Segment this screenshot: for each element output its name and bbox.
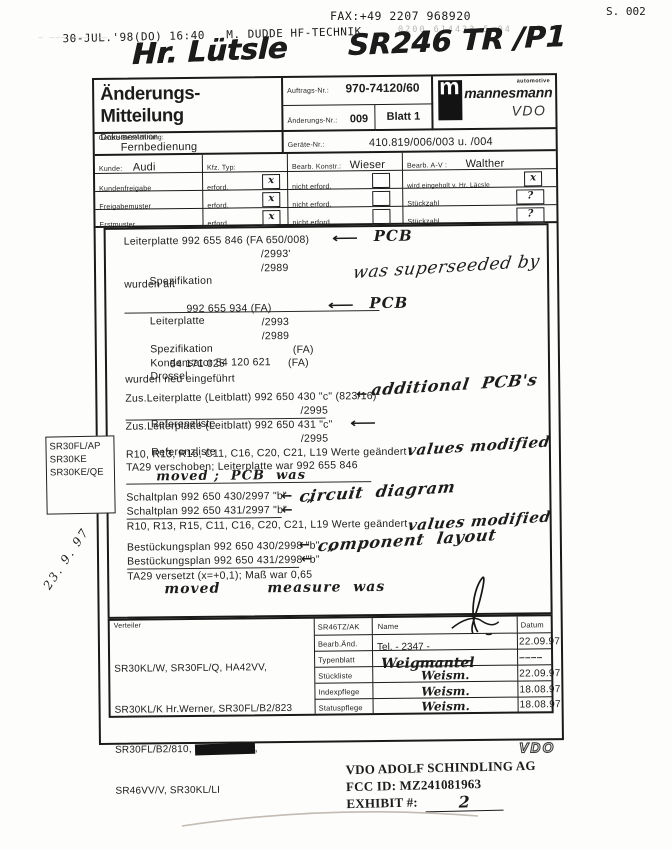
body-line: Schaltplan 992 650 430/2997 "b" [126,490,287,504]
logo-cell: m automotive mannesmann VDO [433,75,556,130]
verteiler-cell: Verteiler SR30KL/W, SR30FL/Q, HA42VV, SR… [110,619,316,716]
signoff-row-name: –––––– [373,650,518,668]
body-line: Bestückungsplan 992 650 430/2998 "b" [127,540,320,554]
body-line: wurden alt [124,278,175,291]
signoff-row-date: –––– [518,649,551,665]
body-line: R10, R13, R15, C11, C16, C20, C21, L19 W… [127,518,414,533]
signoff-col1-header: SR46TZ/AK [315,618,373,636]
nicht-erford-checkbox [372,209,390,224]
verteiler-line: SR30FL/B2/810, , [115,742,311,758]
signoff-row-date: 22.09.97 [518,665,551,681]
approval-right-cell: wird eingeholt v. Hr. Läcsle x [403,169,556,189]
scanned-fax-document: 30-JUL.'98(DO) 16:40 M. DUDDE HF-TECHNIK… [0,0,672,850]
signoff-row-label: Indexpflege [315,683,373,700]
body-line: Schaltplan 992 650 431/2997 "b" [126,504,281,520]
approval-right-cell: Stückzahl ? [403,187,556,207]
auftrags-nr-label: Auftrags-Nr.: [287,88,329,95]
geraete-bezeichnung-value: Fernbedienung [121,140,278,154]
aenderungs-nr-cell: Änderungs-Nr.: 009 [283,105,375,132]
body-line: Zus.Leiterplatte (Leitblatt) 992 650 431… [126,418,333,432]
geraete-nr-value: 410.819/006/003 u. /004 [369,136,493,149]
signoff-col2-header: Name [373,617,518,636]
logo-sub-brand: VDO [511,102,546,118]
approval-row-label: Kundenfreigabe [95,173,203,192]
approval-right-cell: Stückzahl ? [403,205,556,225]
erford-checkbox: x [262,174,280,189]
bearb-av-label: Bearb. A-V : [407,162,447,169]
body-line: Zus.Leiterplatte (Leitblatt) 992 650 430… [125,390,376,405]
geraete-bezeichnung-cell: Geräte-Bezeichnung: Fernbedienung [95,132,284,156]
approval-opt1-cell: erford. x [203,208,288,227]
signoff-row-sig: Weism. [374,698,519,714]
bearb-konstr-label: Bearb. Konstr.: [292,163,341,171]
nicht-erford-checkbox [372,191,390,206]
approval-row-label: Freigabemuster [95,191,203,210]
kfz-typ-cell: Kfz. Typ: [203,154,288,173]
handwritten-ditto: ” [327,546,336,561]
bearb-konstr-value: Wieser [350,159,386,171]
signoff-row-date: 18.08.97 [518,681,551,697]
signoff-row-label: Bearb.Änd. [315,635,373,652]
handwritten-arrow: ← [281,503,292,518]
aenderungs-nr-value: 009 [350,113,368,125]
form-title-cell: Änderungs-Mitteilung Dokumentation [94,78,284,134]
verteiler-header: Verteiler [114,621,310,630]
signoff-row-date: 18.08.97 [519,697,552,711]
vdo-outline-mark: VDO [519,739,556,755]
signoff-row-date: 22.09.97 [518,633,551,649]
verteiler-line: SR46VV/V, SR30KL/LI [115,782,311,798]
change-description-box: Leiterplatte 992 655 846 (FA 650/008) /2… [104,223,553,619]
handwritten-values-modified: values modified [406,433,551,460]
signoff-row-sig: Weism. [373,682,518,700]
body-line: Bestückungsplan 992 650 431/2998 "b" [127,554,299,570]
nicht-erford-checkbox [372,173,390,188]
handwritten-arrow: ⟵ [328,298,354,313]
handwritten-arrow: ⟵ [332,231,358,246]
geraete-nr-label: Geräte-Nr.: [288,142,325,149]
bearb-av-cell: Bearb. A-V : Walther [403,151,556,171]
scan-noise: – ––– ·–– –– [38,33,108,42]
side-ref-line: SR30KE [50,452,111,466]
approval-opt1-cell: erford. x [203,172,288,191]
kunde-cell: Kunde: Audi [95,155,203,174]
handwritten-pcb: PCB [369,294,408,312]
handwritten-pcb: PCB [374,227,413,245]
logo-mark-letter: m [439,80,460,100]
form-title: Änderungs-Mitteilung [100,81,275,127]
change-notice-form: Änderungs-Mitteilung Dokumentation Auftr… [92,73,564,745]
side-reference-box: SR30FL/AP SR30KE SR30KE/QE [45,435,115,514]
scan-crease-line [180,802,480,834]
auftrags-nr-cell: Auftrags-Nr.: 970-74120/60 [283,76,433,106]
body-line: Leiterplatte 992 655 846 (FA 650/008) [124,234,310,248]
handwritten-arrow: ← [281,489,292,504]
mannesmann-logo-icon: m [438,80,462,120]
handwritten-arrow: ← [301,552,312,567]
stueckzahl-box: ? [516,189,544,204]
body-line: /2993' [261,248,291,260]
fax-page-number: S. 002 [606,5,646,18]
stueckzahl-box: ? [516,207,544,222]
bearb-konstr-cell: Bearb. Konstr.: Wieser [288,153,403,172]
kunde-label: Kunde: [99,166,122,173]
approval-opt1-cell: erford. x [203,190,288,209]
handwritten-superseded: was superseeded by [352,251,542,283]
auftrags-nr-value: 970-74120/60 [345,81,419,96]
body-line: /2993 [262,316,290,328]
erford-checkbox: x [262,210,280,225]
approval-row-label: Erstmuster [95,209,203,228]
handwritten-arrow: ← [299,538,310,553]
handwritten-ditto: ” [306,498,315,513]
geraete-nr-cell: Geräte-Nr.: 410.819/006/003 u. /004 [284,129,556,154]
signoff-row-name: Tel. - 2347 - Weigmantel [373,634,518,652]
signoff-row-label: Typenblatt [315,651,373,668]
kunde-value: Audi [133,161,156,173]
body-line: wurden neu eingeführt [125,373,235,386]
fax-number: FAX:+49 2207 968920 [330,9,471,23]
signoff-row-sig: Weism. [373,666,518,684]
verteiler-line: SR30KL/W, SR30FL/Q, HA42VV, [114,661,310,677]
handwritten-arrow: ← [356,387,367,402]
handwritten-margin-date: 23. 9. 97 [40,525,92,592]
kfz-typ-label: Kfz. Typ: [207,164,236,171]
approval-opt2-cell: nicht erford. [288,171,403,190]
handwritten-moved-measure: moved measure was [164,579,385,597]
logo-brand: mannesmann [464,84,552,101]
signoff-row-label: Statuspflege [316,699,374,714]
bearb-av-value: Walther [465,158,504,170]
handwritten-additional-pcbs: additional PCB's [370,370,539,399]
side-ref-line: SR30KE/QE [50,465,111,479]
verteiler-line: SR30KL/K Hr.Werner, SR30FL/B2/823 [115,701,311,717]
approval-opt2-cell: nicht erford. [288,207,403,226]
approval-opt2-cell: nicht erford. [288,189,403,208]
handwritten-arrow: ⟵ [350,416,376,431]
blatt-cell: Blatt 1 [375,104,433,131]
side-ref-line: SR30FL/AP [49,439,110,453]
erford-checkbox: x [262,192,280,207]
wird-eingeholt-checkbox: x [524,171,542,186]
redacted-entry [195,743,255,756]
distribution-table: Verteiler SR30KL/W, SR30FL/Q, HA42VV, SR… [108,614,554,718]
signoff-row-label: Stückliste [315,667,373,684]
handwritten-moved-pcb-was: moved ; PCB was [156,468,306,485]
aenderungs-nr-label: Änderungs-Nr.: [287,117,337,125]
signoff-col3-header: Datum [518,616,551,633]
